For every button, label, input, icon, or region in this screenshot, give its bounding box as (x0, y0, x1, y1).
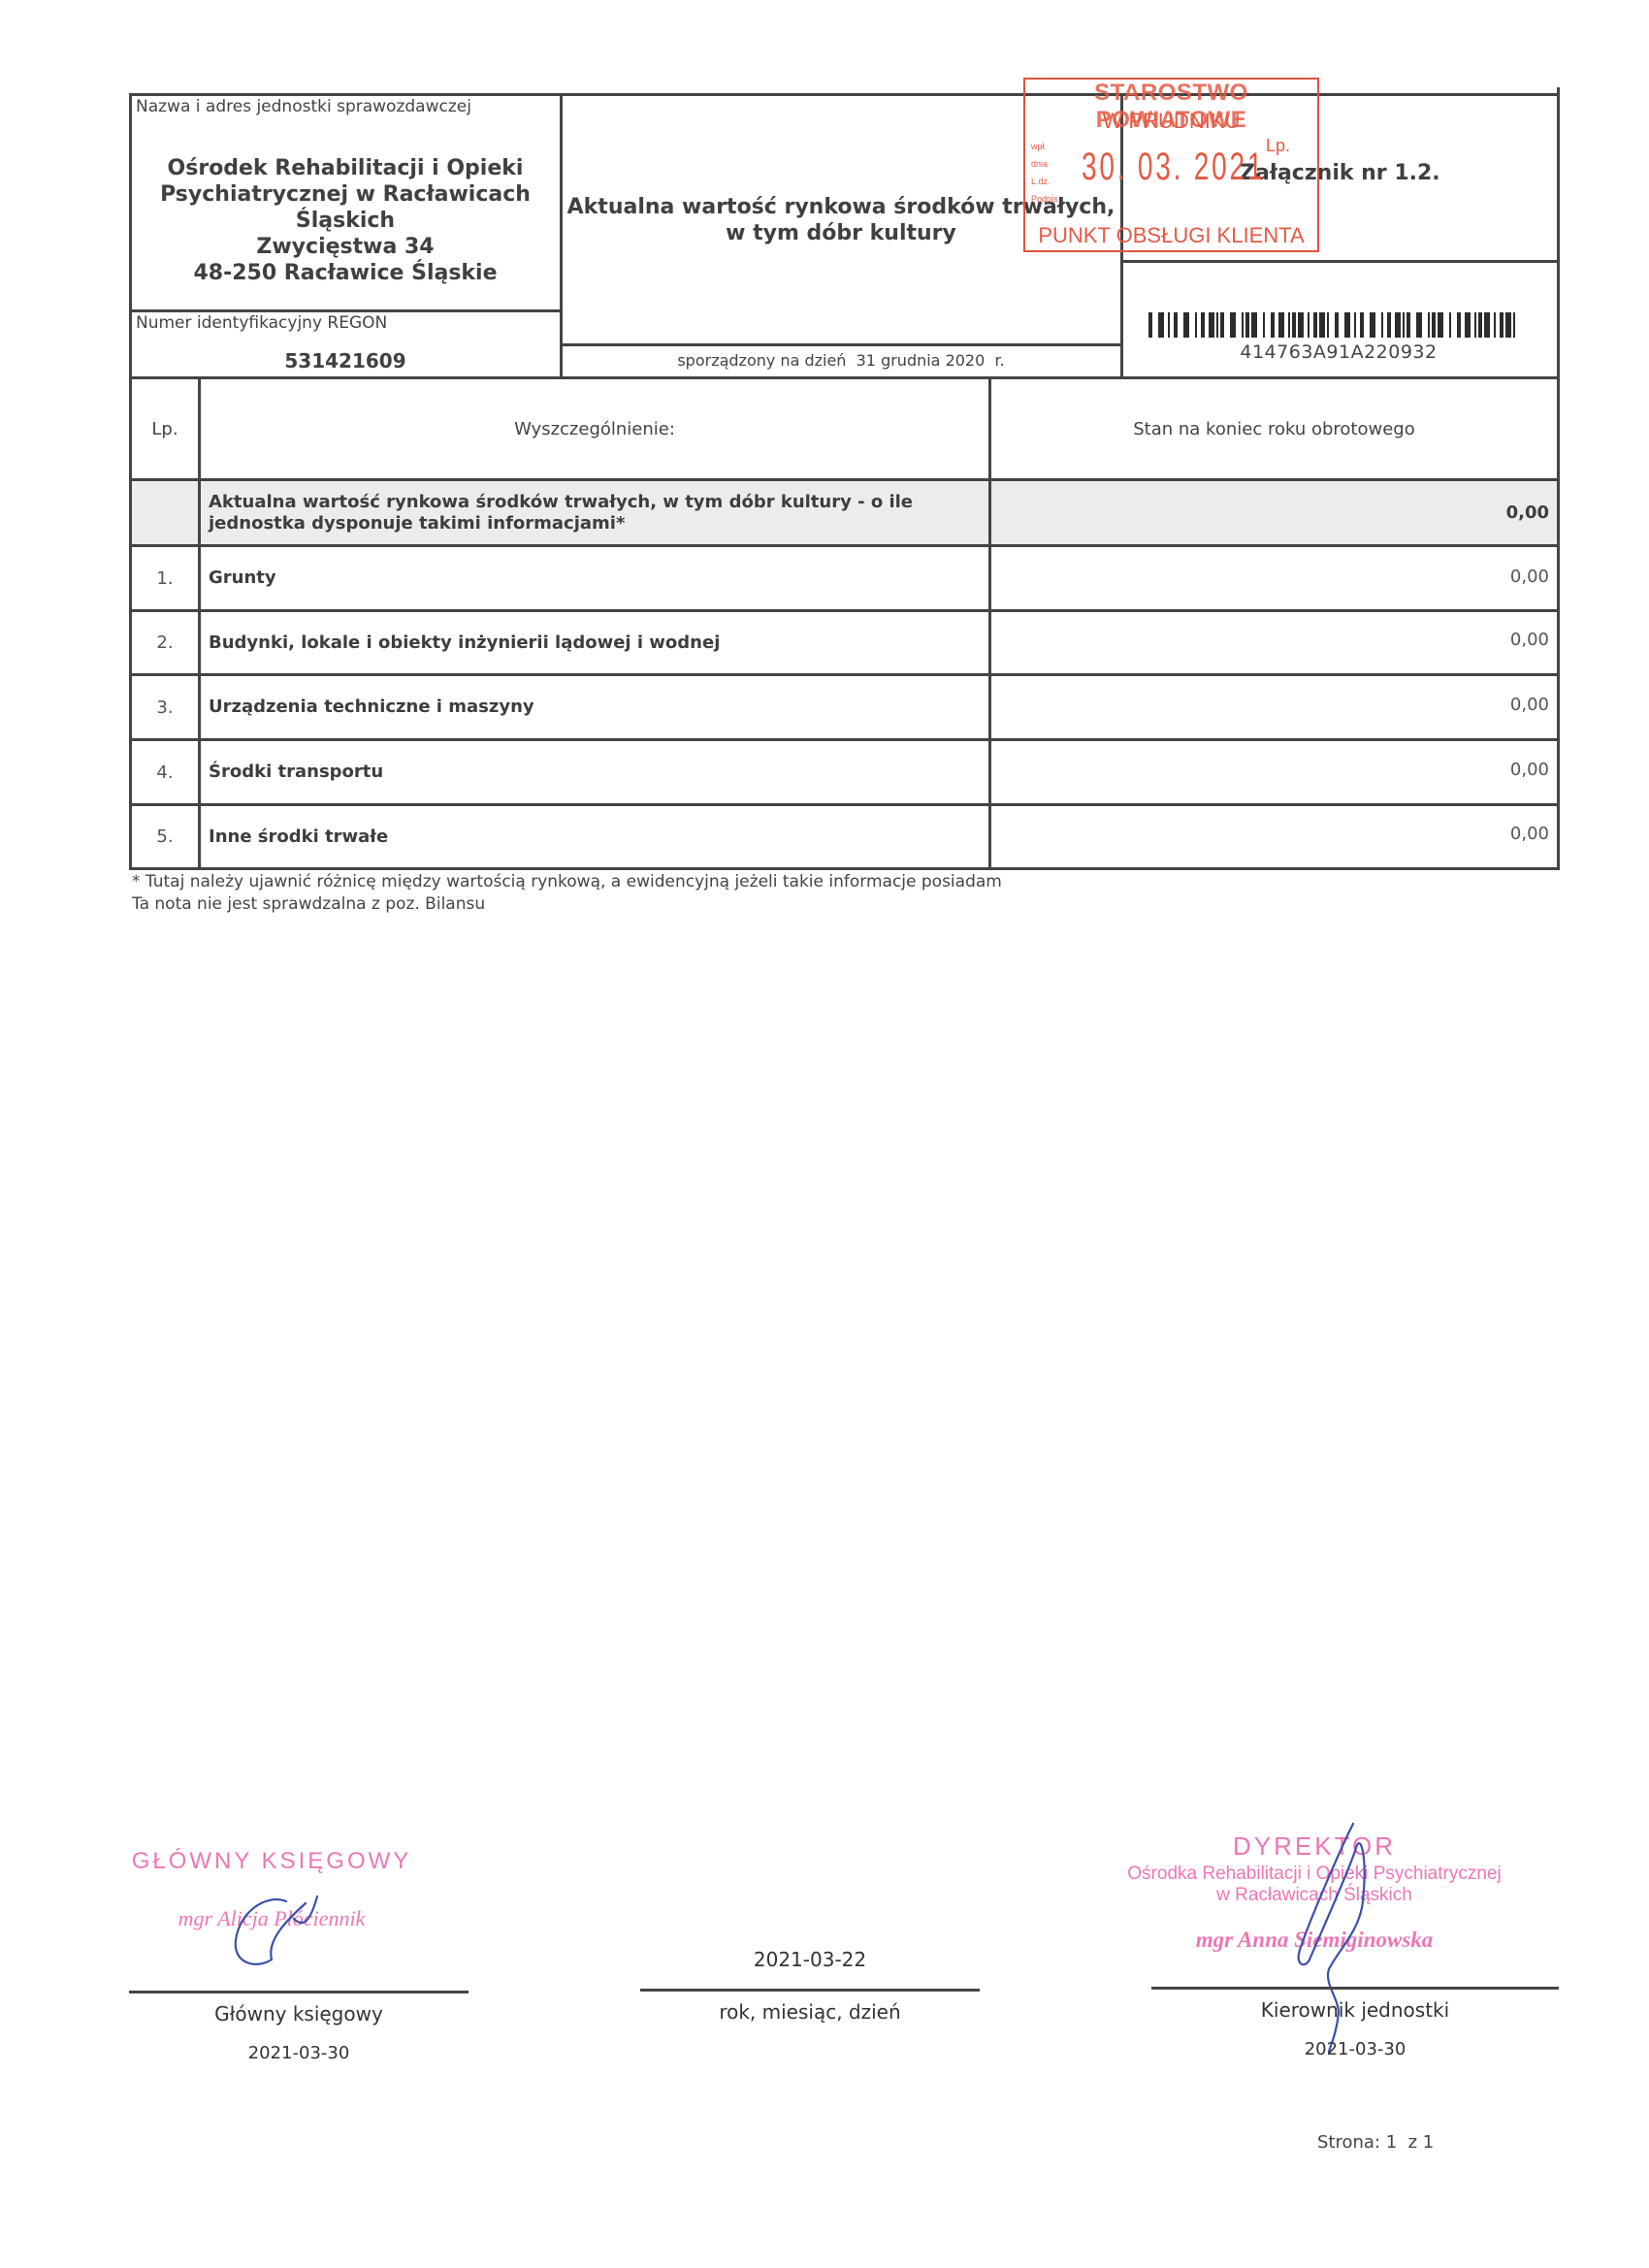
row-description: Grunty (201, 547, 988, 609)
stamp-line: PUNKT OBSŁUGI KLIENTA (1025, 223, 1317, 248)
stamp-label: dnia (1031, 159, 1048, 169)
regon-value: 531421609 (132, 349, 559, 373)
unit-label: Nazwa i adres jednostki sprawozdawczej (136, 97, 471, 116)
border (560, 343, 1122, 346)
signature-line (640, 1989, 980, 1992)
unit-address-city: 48-250 Racławice Śląskie (132, 260, 559, 286)
border (1120, 260, 1559, 263)
unit-name-line: Ośrodek Rehabilitacji i Opieki (132, 155, 559, 181)
director-date: 2021-03-30 (1151, 2039, 1559, 2059)
unit-name: Ośrodek Rehabilitacji i Opieki Psychiatr… (132, 155, 559, 286)
border (129, 867, 1559, 870)
column-header-description: Wyszczególnienie: (201, 379, 988, 478)
barcode-number: 414763A91A220932 (1125, 341, 1552, 363)
footnotes: * Tutaj należy ujawnić różnicę między wa… (132, 871, 1002, 916)
handwritten-signature-icon (228, 1882, 335, 1979)
border (129, 309, 562, 312)
row-lp: 4. (132, 741, 198, 803)
row-value: 0,00 (991, 741, 1557, 797)
stamp-title: GŁÓWNY KSIĘGOWY (131, 1848, 412, 1875)
row-value: 0,00 (991, 612, 1557, 667)
row-value: 0,00 (991, 676, 1557, 732)
column-header-value: Stan na koniec roku obrotowego (991, 379, 1557, 478)
row-lp: 2. (132, 612, 198, 673)
stamp-label: wpł. (1031, 142, 1047, 151)
stamp-line: W PRUDNIKU (1025, 109, 1317, 134)
row-description: Inne środki trwałe (201, 806, 988, 867)
prepared-date: sporządzony na dzień 31 grudnia 2020 r. (563, 351, 1119, 370)
receipt-stamp: STAROSTWO POWIATOWE W PRUDNIKU wpł. dnia… (1023, 78, 1319, 252)
border (129, 93, 1559, 96)
row-value: 0,00 (991, 806, 1557, 861)
date-label: rok, miesiąc, dzień (640, 2000, 980, 2024)
signature-line (1151, 1987, 1559, 1990)
accountant-label: Główny księgowy (129, 2002, 469, 2025)
stamp-label: L.dz. (1031, 177, 1051, 186)
page-number: Strona: 1 z 1 (1317, 2132, 1434, 2153)
unit-name-line: Psychiatrycznej w Racławicach (132, 181, 559, 208)
row-lp: 1. (132, 547, 198, 609)
accountant-date: 2021-03-30 (129, 2043, 469, 2063)
signature-line (129, 1991, 469, 1993)
regon-label: Numer identyfikacyjny REGON (136, 313, 387, 333)
footnote-asterisk: * Tutaj należy ujawnić różnicę między wa… (132, 871, 1002, 893)
stamp-lp: Lp. (1266, 136, 1290, 156)
border (1557, 376, 1560, 870)
unit-name-line: Śląskich (132, 208, 559, 234)
row-value: 0,00 (991, 481, 1557, 544)
row-value: 0,00 (991, 547, 1557, 605)
border (1557, 87, 1560, 378)
row-lp: 3. (132, 676, 198, 738)
stamp-date: 30. 03. 2021 (1082, 146, 1265, 189)
row-lp: 5. (132, 806, 198, 867)
director-label: Kierownik jednostki (1151, 1998, 1559, 2022)
row-description: Budynki, lokale i obiekty inżynierii ląd… (201, 612, 988, 673)
column-header-lp: Lp. (132, 379, 198, 478)
barcode (1148, 312, 1527, 338)
stamp-label: Podpis (1031, 194, 1058, 204)
row-description: Urządzenia techniczne i maszyny (201, 676, 988, 738)
unit-address-street: Zwycięstwa 34 (132, 234, 559, 260)
footnote-balance-note: Ta nota nie jest sprawdzalna z poz. Bila… (132, 893, 1002, 916)
row-description: Środki transportu (201, 741, 988, 803)
row-description: Aktualna wartość rynkowa środków trwałyc… (201, 481, 988, 544)
report-date: 2021-03-22 (640, 1948, 980, 1971)
